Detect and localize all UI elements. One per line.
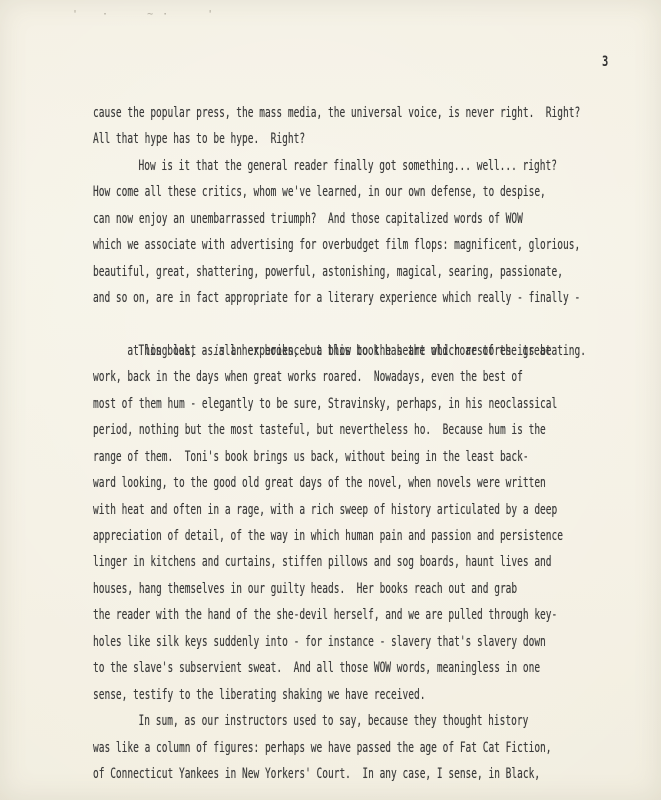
- text-line: and so on, are in fact appropriate for a…: [93, 285, 474, 311]
- text-line: most of them hum - elegantly to be sure,…: [93, 391, 474, 417]
- text-line: of Connecticut Yankees in New Yorkers' C…: [93, 761, 474, 787]
- text-line: In sum, as our instructors used to say, …: [93, 708, 474, 734]
- text-line: How come all these critics, whom we've l…: [93, 179, 474, 205]
- text-line: How is it that the general reader finall…: [93, 153, 474, 179]
- page-number: 3: [602, 54, 608, 70]
- text-line: work, back in the days when great works …: [93, 364, 474, 390]
- text-line: at long last - is an experience: a blow …: [93, 312, 474, 338]
- typewritten-page: ' · ~· ' 3 cause the popular press, the …: [0, 0, 661, 800]
- text-line: period, nothing but the most tasteful, b…: [93, 417, 474, 443]
- text-line: was like a column of figures: perhaps we…: [93, 735, 474, 761]
- text-line: holes like silk keys suddenly into - for…: [93, 629, 474, 655]
- text-line: linger in kitchens and curtains, stiffen…: [93, 549, 474, 575]
- text-line: cause the popular press, the mass media,…: [93, 100, 474, 126]
- text-line: with heat and often in a rage, with a ri…: [93, 497, 474, 523]
- pencil-marks: ' · ~· ': [72, 9, 222, 20]
- text-line: sense, testify to the liberating shaking…: [93, 682, 474, 708]
- text-line: beautiful, great, shattering, powerful, …: [93, 259, 474, 285]
- text-line: appreciation of detail, of the way in wh…: [93, 523, 474, 549]
- text-line: range of them. Toni's book brings us bac…: [93, 444, 474, 470]
- text-line: houses, hang themselves in our guilty he…: [93, 576, 474, 602]
- text-line: can now enjoy an unembarrassed triumph? …: [93, 206, 474, 232]
- page-text-block: cause the popular press, the mass media,…: [93, 100, 653, 787]
- text-line: which we associate with advertising for …: [93, 232, 474, 258]
- text-line: ward looking, to the good old great days…: [93, 470, 474, 496]
- text-line: All that hype has to be hype. Right?: [93, 126, 474, 152]
- text-line: the reader with the hand of the she-devi…: [93, 602, 474, 628]
- text-line: to the slave's subservient sweat. And al…: [93, 655, 474, 681]
- text-line: This book, as all her books, but this bo…: [93, 338, 474, 364]
